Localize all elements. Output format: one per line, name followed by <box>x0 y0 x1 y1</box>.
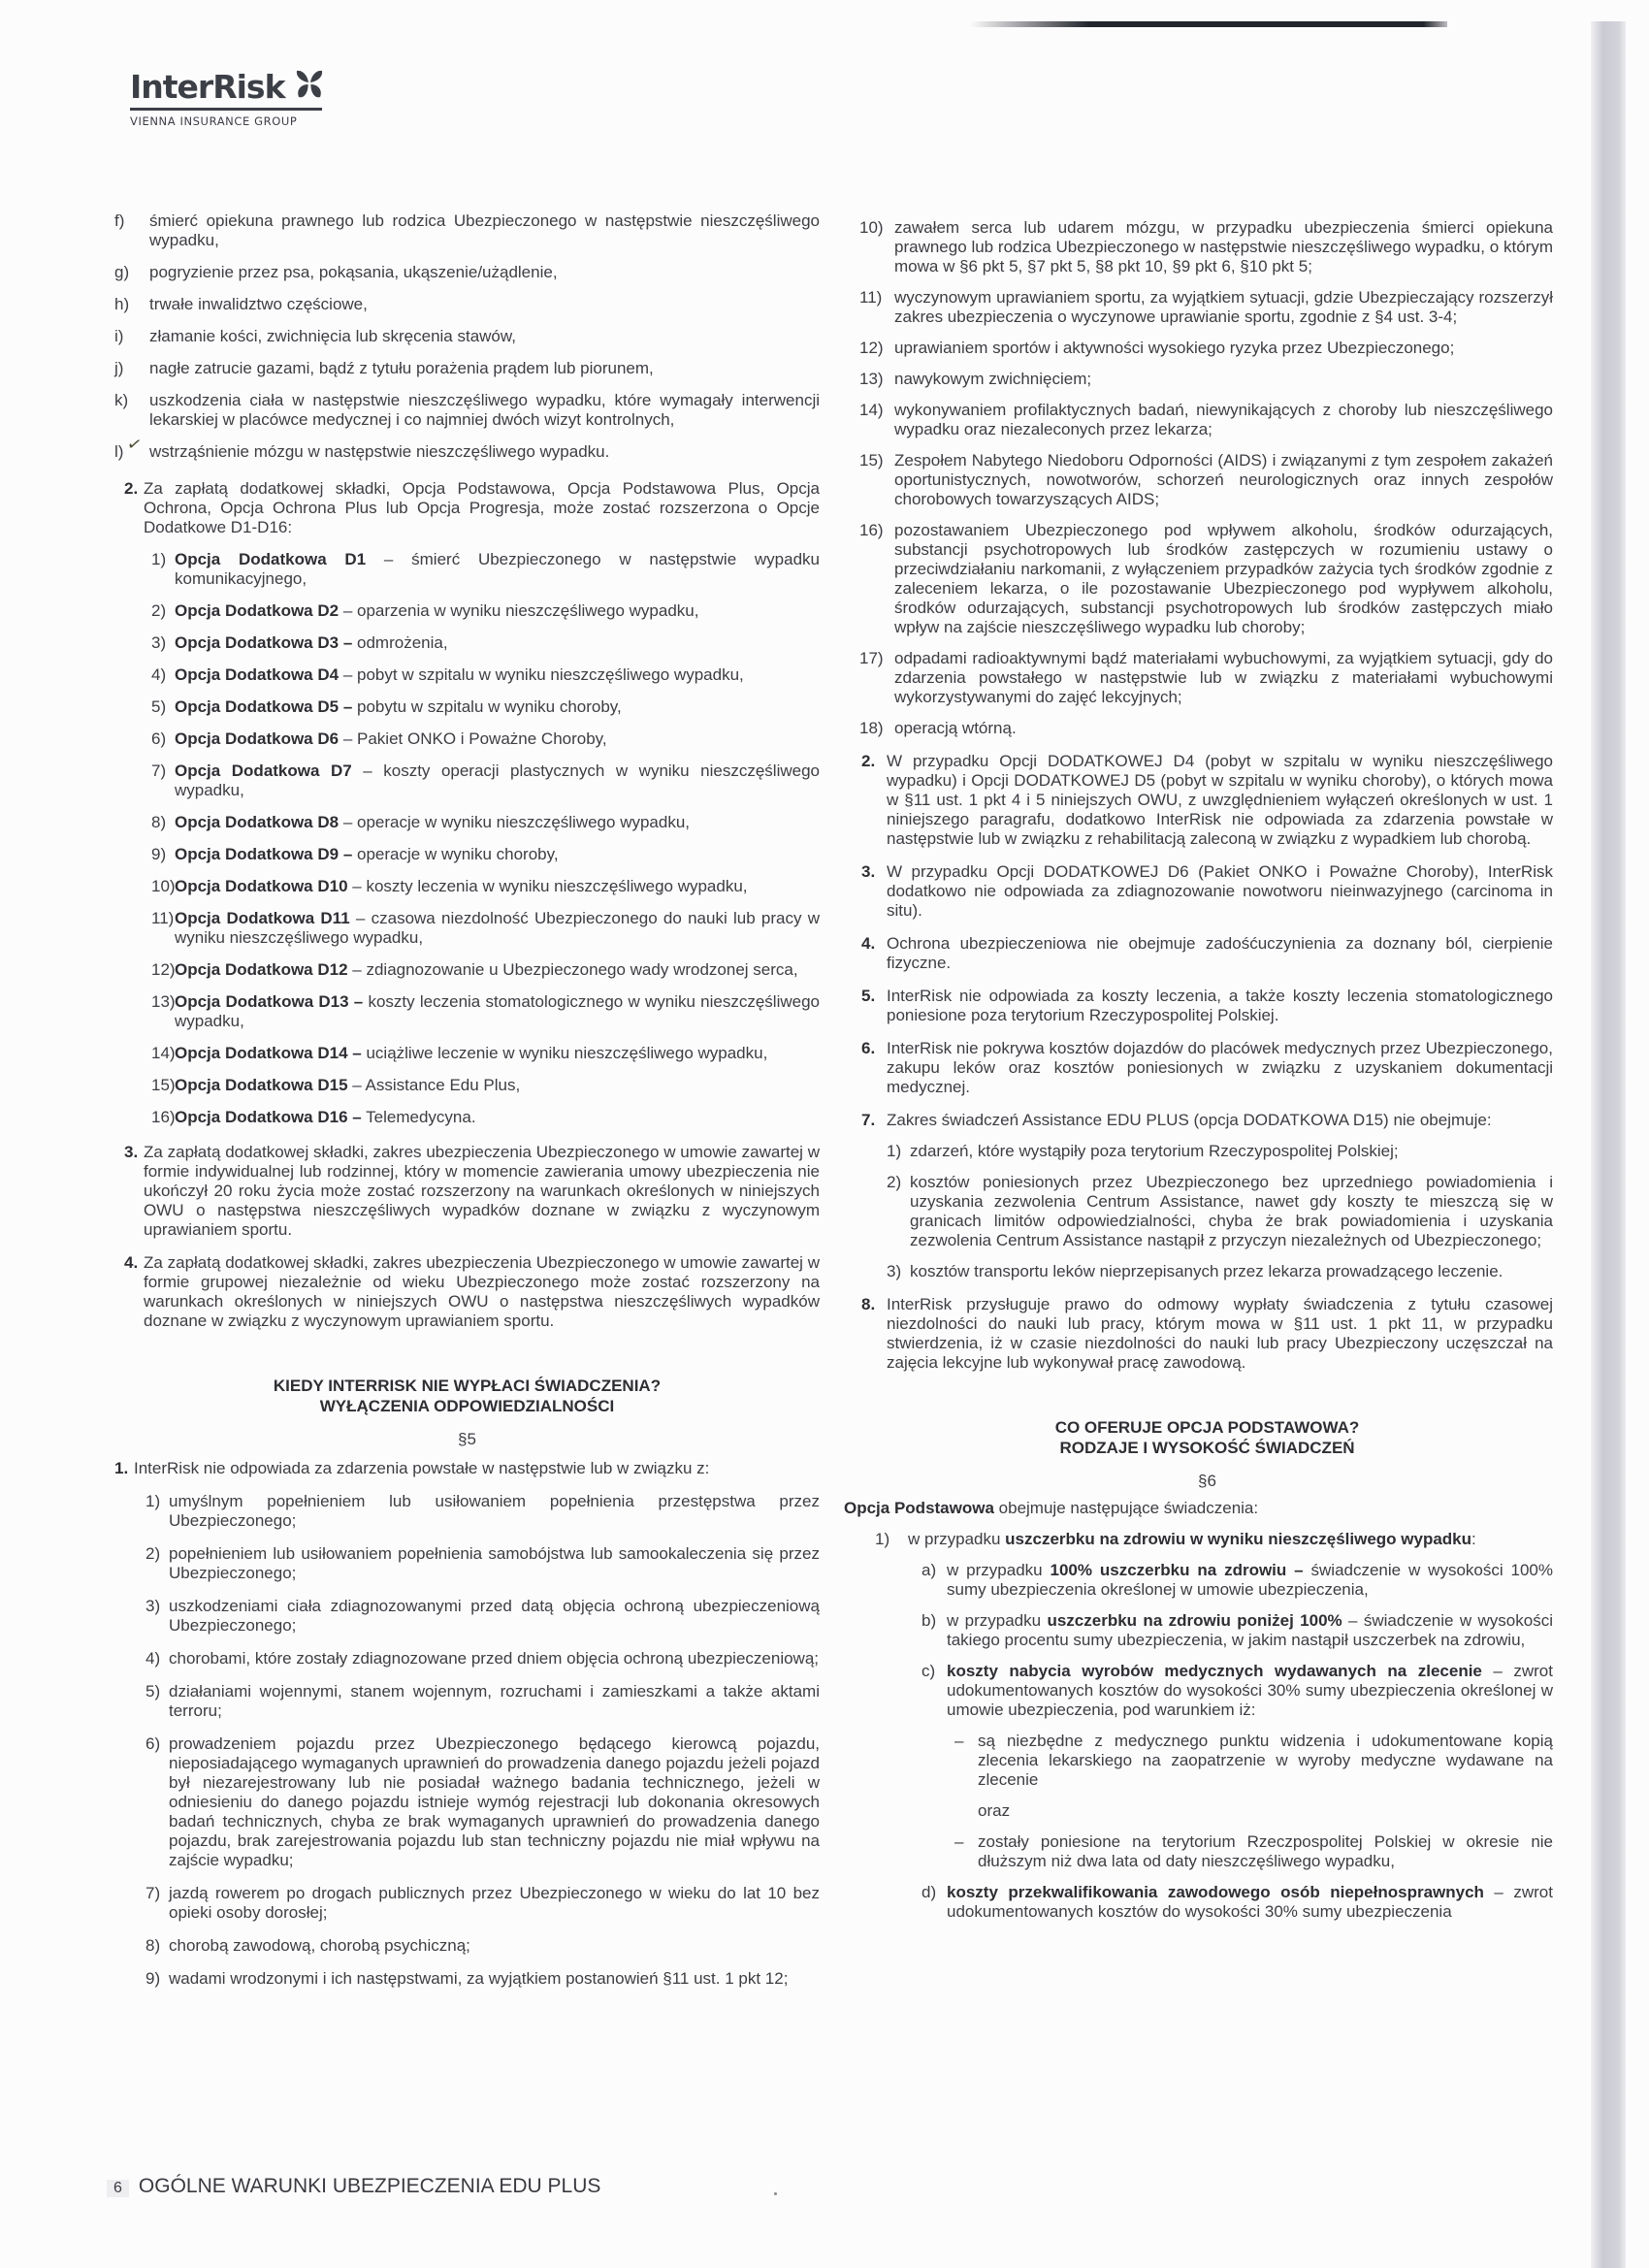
point-7: 7. Zakres świadczeń Assistance EDU PLUS … <box>861 1111 1553 1130</box>
item-text: Telemedycyna. <box>362 1108 476 1126</box>
item-number: c) <box>921 1662 935 1681</box>
exclusion-item: 9)wadami wrodzonymi i ich następstwami, … <box>114 1969 820 1989</box>
option-item: 1)Opcja Dodatkowa D1 – śmierć Ubezpieczo… <box>114 550 820 589</box>
item-number: 4) <box>151 665 166 685</box>
option-item: 9)Opcja Dodatkowa D9 – operacje w wyniku… <box>114 845 820 864</box>
assistance-exclusions-list: 1)zdarzeń, które wystąpiły poza terytori… <box>861 1142 1553 1281</box>
exclusion-point: 4.Ochrona ubezpieczeniowa nie obejmuje z… <box>861 934 1553 973</box>
item-text: chorobą zawodową, chorobą psychiczną; <box>169 1936 470 1955</box>
item-text: InterRisk nie odpowiada za koszty leczen… <box>887 987 1553 1024</box>
item-text: uprawianiem sportów i aktywności wysokie… <box>894 339 1454 357</box>
option-label: Opcja Dodatkowa D10 <box>175 877 348 895</box>
item-number: 1) <box>151 550 166 569</box>
item-number: 5) <box>145 1682 160 1701</box>
item-number: 6. <box>861 1039 875 1058</box>
option-label: Opcja Dodatkowa D1 <box>175 550 366 568</box>
item-number: 12) <box>151 960 176 980</box>
item-text: pozostawaniem Ubezpieczonego pod wpływem… <box>894 521 1553 636</box>
item-number: 6) <box>145 1734 160 1754</box>
exclusion-item: 4)chorobami, które zostały zdiagnozowane… <box>114 1649 820 1669</box>
exclusion-item: 6)prowadzeniem pojazdu przez Ubezpieczon… <box>114 1734 820 1870</box>
item-number: 1) <box>887 1142 901 1161</box>
condition-item: –zostały poniesione na terytorium Rzeczp… <box>861 1832 1553 1871</box>
item-number: 9) <box>151 845 166 864</box>
butterfly-leaf-icon <box>293 68 326 106</box>
option-label: Opcja Dodatkowa D4 <box>175 665 339 684</box>
exclusion-points-list: 2.W przypadku Opcji DODATKOWEJ D4 (pobyt… <box>861 752 1553 1097</box>
item-number: 3) <box>887 1262 901 1281</box>
item-bold: uszczerbku na zdrowiu poniżej 100% <box>1047 1611 1342 1630</box>
option-item: 10)Opcja Dodatkowa D10 – koszty leczenia… <box>114 877 820 896</box>
document-title: OGÓLNE WARUNKI UBEZPIECZENIA EDU PLUS <box>139 2175 600 2197</box>
item-text: umyślnym popełnieniem lub usiłowaniem po… <box>169 1492 820 1530</box>
scan-edge-shadow <box>1591 21 1626 2268</box>
item-number: 8) <box>151 813 166 832</box>
item-text: odpadami radioaktywnymi bądź materiałami… <box>894 649 1553 706</box>
section-6-intro: Opcja Podstawowa obejmuje następujące św… <box>844 1499 1553 1518</box>
item-text: trwałe inwalidztwo częściowe, <box>149 295 368 313</box>
item-number: d) <box>921 1883 936 1902</box>
exclusion-item: 8)chorobą zawodową, chorobą psychiczną; <box>114 1936 820 1956</box>
list-item: f)śmierć opiekuna prawnego lub rodzica U… <box>114 211 820 250</box>
item-text: pogryzienie przez psa, pokąsania, ukąsze… <box>149 263 558 281</box>
benefit-sub-item: a)w przypadku 100% uszczerbku na zdrowiu… <box>861 1561 1553 1600</box>
paragraph-number: §6 <box>861 1472 1553 1491</box>
item-number: – <box>954 1832 963 1852</box>
logo-rule <box>130 108 322 111</box>
item-number: a) <box>921 1561 936 1580</box>
left-column: f)śmierć opiekuna prawnego lub rodzica U… <box>114 211 820 1989</box>
item-number: 12) <box>859 339 884 358</box>
item-text: Ochrona ubezpieczeniowa nie obejmuje zad… <box>887 934 1553 972</box>
point-2: 2. Za zapłatą dodatkowej składki, Opcja … <box>114 479 820 537</box>
item-text: pobytu w szpitalu w wyniku choroby, <box>352 697 621 716</box>
item-number: 11) <box>151 909 174 928</box>
item-text: prowadzeniem pojazdu przez Ubezpieczoneg… <box>169 1734 820 1869</box>
item-number: 15) <box>151 1076 176 1095</box>
item-text: wstrząśnienie mózgu w następstwie nieszc… <box>149 442 609 461</box>
exclusion-item: 18)operacją wtórną. <box>861 719 1553 738</box>
exclusion-item: 1)umyślnym popełnieniem lub usiłowaniem … <box>114 1492 820 1531</box>
item-text: zostały poniesione na terytorium Rzeczpo… <box>978 1832 1553 1870</box>
item-text: – operacje w wyniku nieszczęśliwego wypa… <box>339 813 690 831</box>
item-number: 1) <box>145 1492 160 1511</box>
item-text: jazdą rowerem po drogach publicznych prz… <box>169 1884 820 1922</box>
item-text: operacje w wyniku choroby, <box>352 845 558 863</box>
list-item: h)trwałe inwalidztwo częściowe, <box>114 295 820 314</box>
item-number: 9) <box>145 1969 160 1989</box>
item-text: nagłe zatrucie gazami, bądź z tytułu por… <box>149 359 654 377</box>
condition-item: –są niezbędne z medycznego punktu widzen… <box>861 1732 1553 1790</box>
option-item: 15)Opcja Dodatkowa D15 – Assistance Edu … <box>114 1076 820 1095</box>
item-text: W przypadku Opcji DODATKOWEJ D6 (Pakiet … <box>887 862 1553 920</box>
exclusions-point-1: 1. InterRisk nie odpowiada za zdarzenia … <box>114 1459 820 1478</box>
option-label: Opcja Dodatkowa D2 <box>175 601 339 620</box>
item-number: 3. <box>861 862 875 882</box>
option-item: 3)Opcja Dodatkowa D3 – odmrożenia, <box>114 633 820 653</box>
option-label: Opcja Dodatkowa D14 – <box>175 1044 362 1062</box>
item-text: wyczynowym uprawianiem sportu, za wyjątk… <box>894 288 1553 326</box>
item-text: – koszty leczenia w wyniku nieszczęśliwe… <box>348 877 748 895</box>
item-text: InterRisk nie pokrywa kosztów dojazdów d… <box>887 1039 1553 1096</box>
item-text: kosztów transportu leków nieprzepisanych… <box>910 1262 1503 1280</box>
item-number: 7) <box>151 761 166 781</box>
exclusion-item: 17)odpadami radioaktywnymi bądź materiał… <box>861 649 1553 707</box>
option-label: Opcja Dodatkowa D16 – <box>175 1108 362 1126</box>
list-item: g)pogryzienie przez psa, pokąsania, ukąs… <box>114 263 820 282</box>
item-text: działaniami wojennymi, stanem wojennym, … <box>169 1682 820 1720</box>
option-label: Opcja Dodatkowa D6 <box>175 729 339 748</box>
exclusion-point: 5.InterRisk nie odpowiada za koszty lecz… <box>861 987 1553 1025</box>
option-label: Opcja Dodatkowa D9 – <box>175 845 352 863</box>
exclusion-item: 14)wykonywaniem profilaktycznych badań, … <box>861 401 1553 439</box>
item-text: W przypadku Opcji DODATKOWEJ D4 (pobyt w… <box>887 752 1553 848</box>
item-number: 10) <box>859 218 884 238</box>
item-number: 15) <box>859 451 884 470</box>
scan-speck <box>774 2192 777 2195</box>
exclusion-point: 6.InterRisk nie pokrywa kosztów dojazdów… <box>861 1039 1553 1097</box>
interrisk-logo: InterRisk VIENNA INSURANCE GROUP <box>130 68 334 128</box>
exclusion-item: 7)jazdą rowerem po drogach publicznych p… <box>114 1884 820 1923</box>
item-text: – oparzenia w wyniku nieszczęśliwego wyp… <box>339 601 698 620</box>
list-item: k)uszkodzenia ciała w następstwie nieszc… <box>114 391 820 430</box>
benefit-sub-list: a)w przypadku 100% uszczerbku na zdrowiu… <box>861 1561 1553 1922</box>
exclusion-item: 15)Zespołem Nabytego Niedoboru Odpornośc… <box>861 451 1553 509</box>
exclusion-item: 5)działaniami wojennymi, stanem wojennym… <box>114 1682 820 1721</box>
item-text: śmierć opiekuna prawnego lub rodzica Ube… <box>149 211 820 249</box>
item-text: nawykowym zwichnięciem; <box>894 370 1091 388</box>
item-text: w przypadku <box>947 1561 1051 1579</box>
exclusion-item: 10)zawałem serca lub udarem mózgu, w prz… <box>861 218 1553 276</box>
item-text: – zdiagnozowanie u Ubezpieczonego wady w… <box>348 960 798 979</box>
page-footer: 6OGÓLNE WARUNKI UBEZPIECZENIA EDU PLUS <box>107 2175 600 2198</box>
item-text: zawałem serca lub udarem mózgu, w przypa… <box>894 218 1553 275</box>
page-number: 6 <box>107 2180 129 2197</box>
item-number: 4. <box>861 934 875 954</box>
item-number: 18) <box>859 719 884 738</box>
item-text: – Pakiet ONKO i Poważne Choroby, <box>339 729 607 748</box>
option-label: Opcja Dodatkowa D11 <box>175 909 350 927</box>
oraz-connector: oraz <box>861 1801 1553 1821</box>
item-number: 10) <box>151 877 176 896</box>
option-label: Opcja Dodatkowa D5 – <box>175 697 352 716</box>
item-number: i) <box>114 327 123 346</box>
exclusion-point: 2.W przypadku Opcji DODATKOWEJ D4 (pobyt… <box>861 752 1553 849</box>
item-number: 6) <box>151 729 166 749</box>
item-number: k) <box>114 391 128 410</box>
item-number: 14) <box>859 401 884 420</box>
item-number: 13) <box>859 370 884 389</box>
item-number: 17) <box>859 649 884 668</box>
option-item: 11)Opcja Dodatkowa D11 – czasowa niezdol… <box>114 909 820 948</box>
benefit-item-1: 1) w przypadku uszczerbku na zdrowiu w w… <box>861 1530 1553 1549</box>
exclusion-point: 3.W przypadku Opcji DODATKOWEJ D6 (Pakie… <box>861 862 1553 921</box>
list-item: l)wstrząśnienie mózgu w następstwie nies… <box>114 442 820 462</box>
exclusion-item: 11)wyczynowym uprawianiem sportu, za wyj… <box>861 288 1553 327</box>
section-6-heading: CO OFERUJE OPCJA PODSTAWOWA? RODZAJE I W… <box>861 1417 1553 1458</box>
scan-edge-line <box>970 21 1447 27</box>
option-item: 13)Opcja Dodatkowa D13 – koszty leczenia… <box>114 992 820 1031</box>
item-text: Zespołem Nabytego Niedoboru Odporności (… <box>894 451 1553 508</box>
exclusion-item: 12)uprawianiem sportów i aktywności wyso… <box>861 339 1553 358</box>
item-text: w przypadku <box>947 1611 1047 1630</box>
exclusions-continued-list: f)śmierć opiekuna prawnego lub rodzica U… <box>114 211 820 462</box>
item-text: odmrożenia, <box>352 633 447 652</box>
benefit-sub-item: b)w przypadku uszczerbku na zdrowiu poni… <box>861 1611 1553 1650</box>
item-text: kosztów poniesionych przez Ubezpieczoneg… <box>910 1173 1553 1249</box>
item-number: 5) <box>151 697 166 717</box>
list-item: i)złamanie kości, zwichnięcia lub skręce… <box>114 327 820 346</box>
item-number: 16) <box>151 1108 176 1127</box>
point-3: 3. Za zapłatą dodatkowej składki, zakres… <box>114 1143 820 1240</box>
item-number: 2) <box>151 601 166 621</box>
option-item: 8)Opcja Dodatkowa D8 – operacje w wyniku… <box>114 813 820 832</box>
scan-speck <box>660 891 663 893</box>
list-item: j)nagłe zatrucie gazami, bądź z tytułu p… <box>114 359 820 378</box>
item-number: 4) <box>145 1649 160 1669</box>
item-bold: 100% uszczerbku na zdrowiu – <box>1051 1561 1304 1579</box>
assistance-exclusion-item: 1)zdarzeń, które wystąpiły poza terytori… <box>861 1142 1553 1161</box>
exclusion-item: 2)popełnieniem lub usiłowaniem popełnien… <box>114 1544 820 1583</box>
assistance-exclusion-item: 2)kosztów poniesionych przez Ubezpieczon… <box>861 1173 1553 1250</box>
paragraph-number: §5 <box>114 1430 820 1449</box>
option-item: 14)Opcja Dodatkowa D14 – uciążliwe lecze… <box>114 1044 820 1063</box>
item-number: 5. <box>861 987 875 1006</box>
option-label: Opcja Dodatkowa D15 <box>175 1076 348 1094</box>
item-number: 2. <box>861 752 875 771</box>
item-number: g) <box>114 263 129 282</box>
option-label: Opcja Dodatkowa D8 <box>175 813 339 831</box>
point-8: 8. InterRisk przysługuje prawo do odmowy… <box>861 1295 1553 1373</box>
item-number: 8) <box>145 1936 160 1956</box>
item-text: są niezbędne z medycznego punktu widzeni… <box>978 1732 1553 1789</box>
item-number: 2) <box>145 1544 160 1564</box>
item-number: 3) <box>151 633 166 653</box>
exclusions-continued-list: 10)zawałem serca lub udarem mózgu, w prz… <box>861 218 1553 738</box>
item-text: zdarzeń, które wystąpiły poza terytorium… <box>910 1142 1399 1160</box>
brand-name: InterRisk <box>130 68 285 106</box>
item-bold: koszty przekwalifikowania zawodowego osó… <box>947 1883 1484 1901</box>
item-text: uciążliwe leczenie w wyniku nieszczęśliw… <box>362 1044 768 1062</box>
assistance-exclusion-item: 3)kosztów transportu leków nieprzepisany… <box>861 1262 1553 1281</box>
section-5-heading: KIEDY INTERRISK NIE WYPŁACI ŚWIADCZENIA?… <box>114 1376 820 1416</box>
option-item: 12)Opcja Dodatkowa D12 – zdiagnozowanie … <box>114 960 820 980</box>
item-text: wadami wrodzonymi i ich następstwami, za… <box>169 1969 788 1988</box>
option-item: 5)Opcja Dodatkowa D5 – pobytu w szpitalu… <box>114 697 820 717</box>
right-column: 10)zawałem serca lub udarem mózgu, w prz… <box>861 218 1553 1922</box>
item-number: 2) <box>887 1173 901 1192</box>
option-item: 2)Opcja Dodatkowa D2 – oparzenia w wynik… <box>114 601 820 621</box>
item-text: wykonywaniem profilaktycznych badań, nie… <box>894 401 1553 438</box>
item-text: – pobyt w szpitalu w wyniku nieszczęśliw… <box>339 665 744 684</box>
option-label: Opcja Dodatkowa D7 <box>175 761 352 780</box>
exclusion-item: 16)pozostawaniem Ubezpieczonego pod wpły… <box>861 521 1553 637</box>
exclusion-item: 3)uszkodzeniami ciała zdiagnozowanymi pr… <box>114 1597 820 1636</box>
item-number: 13) <box>151 992 176 1012</box>
point-4: 4. Za zapłatą dodatkowej składki, zakres… <box>114 1253 820 1331</box>
item-number: 11) <box>859 288 882 308</box>
item-number: f) <box>114 211 124 231</box>
item-number: 3) <box>145 1597 160 1616</box>
exclusions-list: 1)umyślnym popełnieniem lub usiłowaniem … <box>114 1492 820 1989</box>
item-bold: koszty nabycia wyrobów medycznych wydawa… <box>947 1662 1482 1680</box>
benefit-sub-item: d)koszty przekwalifikowania zawodowego o… <box>861 1883 1553 1922</box>
option-item: 7)Opcja Dodatkowa D7 – koszty operacji p… <box>114 761 820 800</box>
benefit-sub-item: c)koszty nabycia wyrobów medycznych wyda… <box>861 1662 1553 1720</box>
additional-options-list: 1)Opcja Dodatkowa D1 – śmierć Ubezpieczo… <box>114 550 820 1127</box>
item-number: b) <box>921 1611 936 1631</box>
item-text: chorobami, które zostały zdiagnozowane p… <box>169 1649 819 1668</box>
item-text: popełnieniem lub usiłowaniem popełnienia… <box>169 1544 820 1582</box>
option-label: Opcja Dodatkowa D3 – <box>175 633 352 652</box>
brand-subtitle: VIENNA INSURANCE GROUP <box>130 114 334 128</box>
item-text: uszkodzenia ciała w następstwie nieszczę… <box>149 391 820 429</box>
item-number: h) <box>114 295 129 314</box>
item-number: l) <box>114 442 123 462</box>
item-number: – <box>954 1732 963 1751</box>
item-text: uszkodzeniami ciała zdiagnozowanymi prze… <box>169 1597 820 1635</box>
item-number: 14) <box>151 1044 176 1063</box>
item-number: 7) <box>145 1884 160 1903</box>
item-number: 16) <box>859 521 884 540</box>
item-text: operacją wtórną. <box>894 719 1017 737</box>
option-label: Opcja Dodatkowa D13 – <box>175 992 363 1011</box>
option-item: 4)Opcja Dodatkowa D4 – pobyt w szpitalu … <box>114 665 820 685</box>
option-label: Opcja Dodatkowa D12 <box>175 960 348 979</box>
item-text: – Assistance Edu Plus, <box>348 1076 521 1094</box>
option-item: 16)Opcja Dodatkowa D16 – Telemedycyna. <box>114 1108 820 1127</box>
option-item: 6)Opcja Dodatkowa D6 – Pakiet ONKO i Pow… <box>114 729 820 749</box>
item-text: złamanie kości, zwichnięcia lub skręceni… <box>149 327 516 345</box>
exclusion-item: 13)nawykowym zwichnięciem; <box>861 370 1553 389</box>
item-number: j) <box>114 359 123 378</box>
